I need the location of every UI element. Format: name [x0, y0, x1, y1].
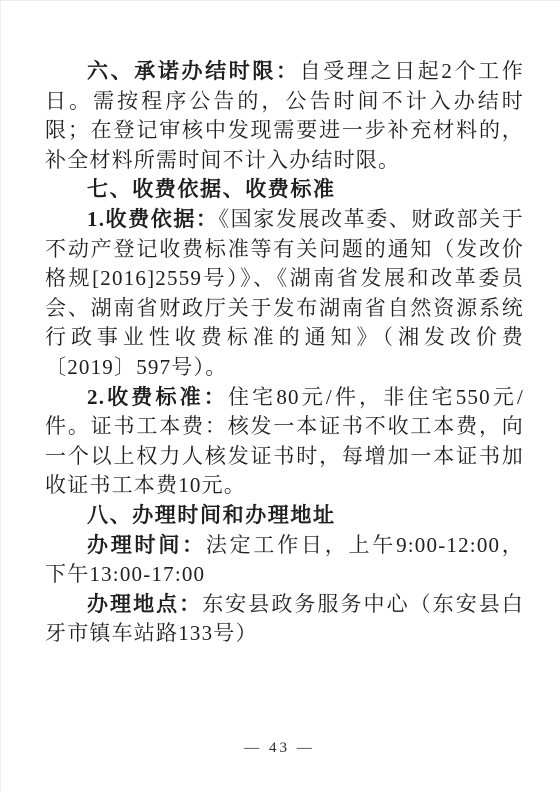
paragraph-deadline: 六、承诺办结时限：自受理之日起2个工作日。需按程序公告的，公告时间不计入办结时限… — [45, 57, 524, 175]
paragraph-fee-basis: 1.收费依据：《国家发展改革委、财政部关于不动产登记收费标准等有关问题的通知（发… — [45, 205, 524, 383]
paragraph-fee-standard: 2.收费标准：住宅80元/件，非住宅550元/件。证书工本费：核发一本证书不收工… — [45, 383, 524, 501]
heading-office: 八、办理时间和办理地址 — [45, 501, 524, 531]
office-location-label: 办理地点： — [87, 592, 202, 616]
paragraph-office-location: 办理地点：东安县政务服务中心（东安县白牙市镇车站路133号） — [45, 590, 524, 649]
office-hours-label: 办理时间： — [87, 533, 206, 557]
document-page: 六、承诺办结时限：自受理之日起2个工作日。需按程序公告的，公告时间不计入办结时限… — [0, 0, 559, 793]
heading-fees: 七、收费依据、收费标准 — [45, 175, 524, 205]
document-body: 六、承诺办结时限：自受理之日起2个工作日。需按程序公告的，公告时间不计入办结时限… — [45, 57, 524, 649]
fee-basis-label: 1.收费依据： — [87, 207, 219, 231]
deadline-label: 六、承诺办结时限： — [87, 59, 300, 83]
fee-standard-label: 2.收费标准： — [87, 385, 228, 409]
page-number: — 43 — — [0, 740, 559, 757]
fee-basis-text: 《国家发展改革委、财政部关于不动产登记收费标准等有关问题的通知（发改价格规[20… — [45, 207, 524, 379]
paragraph-office-hours: 办理时间：法定工作日，上午9:00-12:00，下午13:00-17:00 — [45, 531, 524, 590]
